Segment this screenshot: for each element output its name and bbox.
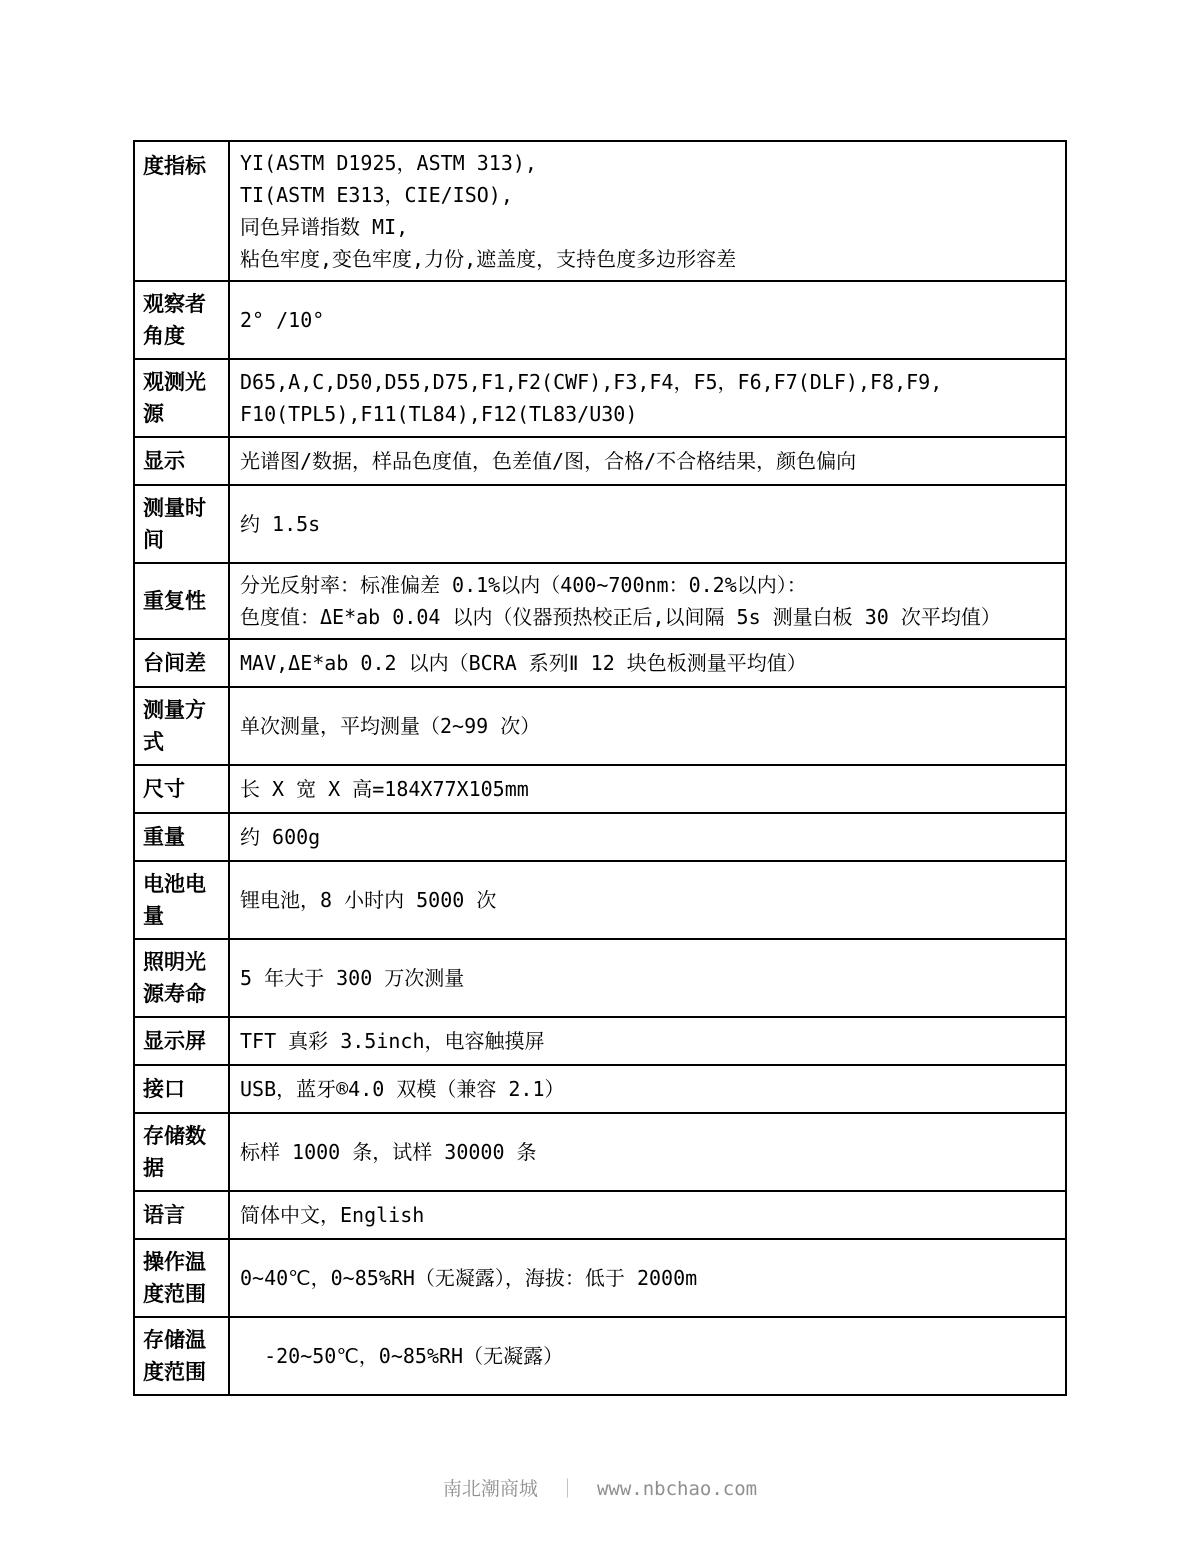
spec-label-cell: 观察者角度 [135, 282, 230, 358]
spec-value-cell: 光谱图/数据，样品色度值，色差值/图，合格/不合格结果，颜色偏向 [230, 438, 1065, 484]
table-row: 重复性 分光反射率：标准偏差 0.1%以内（400~700nm：0.2%以内）：… [135, 562, 1065, 638]
spec-value-cell: 锂电池，8 小时内 5000 次 [230, 862, 1065, 938]
table-row: 照明光源寿命 5 年大于 300 万次测量 [135, 938, 1065, 1016]
page-footer: 南北潮商城｜www.nbchao.com [0, 1476, 1200, 1502]
spec-label-cell: 存储数据 [135, 1114, 230, 1190]
spec-value-cell: D65,A,C,D50,D55,D75,F1,F2(CWF),F3,F4，F5，… [230, 360, 1065, 436]
spec-value-cell: MAV,ΔE*ab 0.2 以内（BCRA 系列Ⅱ 12 块色板测量平均值） [230, 640, 1065, 686]
table-row: 存储数据 标样 1000 条，试样 30000 条 [135, 1112, 1065, 1190]
table-row: 观察者角度 2° /10° [135, 280, 1065, 358]
spec-value-cell: 标样 1000 条，试样 30000 条 [230, 1114, 1065, 1190]
footer-url: www.nbchao.com [597, 1478, 757, 1500]
table-row: 观测光源 D65,A,C,D50,D55,D75,F1,F2(CWF),F3,F… [135, 358, 1065, 436]
spec-table: 度指标 YI(ASTM D1925，ASTM 313), TI(ASTM E31… [133, 140, 1067, 1396]
spec-value-cell: 约 600g [230, 814, 1065, 860]
spec-value-cell: 2° /10° [230, 282, 1065, 358]
spec-label-cell: 测量时间 [135, 486, 230, 562]
spec-label-cell: 重量 [135, 814, 230, 860]
spec-value-cell: USB，蓝牙®4.0 双模（兼容 2.1） [230, 1066, 1065, 1112]
table-row: 台间差 MAV,ΔE*ab 0.2 以内（BCRA 系列Ⅱ 12 块色板测量平均… [135, 638, 1065, 686]
spec-label-cell: 接口 [135, 1066, 230, 1112]
spec-label-cell: 测量方式 [135, 688, 230, 764]
table-row: 尺寸 长 X 宽 X 高=184X77X105mm [135, 764, 1065, 812]
table-row: 操作温度范围 0~40℃，0~85%RH（无凝露），海拔：低于 2000m [135, 1238, 1065, 1316]
table-row: 测量时间 约 1.5s [135, 484, 1065, 562]
spec-label-cell: 语言 [135, 1192, 230, 1238]
table-row: 测量方式 单次测量，平均测量（2~99 次） [135, 686, 1065, 764]
spec-value-cell: 0~40℃，0~85%RH（无凝露），海拔：低于 2000m [230, 1240, 1065, 1316]
spec-value-cell: TFT 真彩 3.5inch，电容触摸屏 [230, 1018, 1065, 1064]
spec-label-cell: 存储温度范围 [135, 1318, 230, 1394]
spec-label-cell: 观测光源 [135, 360, 230, 436]
spec-value-cell: 约 1.5s [230, 486, 1065, 562]
spec-label-cell: 尺寸 [135, 766, 230, 812]
table-row: 语言 简体中文，English [135, 1190, 1065, 1238]
spec-label-cell: 度指标 [135, 142, 230, 280]
spec-label-cell: 显示屏 [135, 1018, 230, 1064]
table-row: 显示屏 TFT 真彩 3.5inch，电容触摸屏 [135, 1016, 1065, 1064]
spec-value-cell: -20~50℃，0~85%RH（无凝露） [230, 1318, 1065, 1394]
spec-label-cell: 台间差 [135, 640, 230, 686]
spec-value-cell: 简体中文，English [230, 1192, 1065, 1238]
table-row: 重量 约 600g [135, 812, 1065, 860]
spec-value-cell: 长 X 宽 X 高=184X77X105mm [230, 766, 1065, 812]
spec-label-cell: 显示 [135, 438, 230, 484]
spec-label-cell: 操作温度范围 [135, 1240, 230, 1316]
table-row: 接口 USB，蓝牙®4.0 双模（兼容 2.1） [135, 1064, 1065, 1112]
spec-label-cell: 重复性 [135, 564, 230, 638]
spec-value-cell: 单次测量，平均测量（2~99 次） [230, 688, 1065, 764]
spec-value-cell: YI(ASTM D1925，ASTM 313), TI(ASTM E313，CI… [230, 142, 1065, 280]
spec-label-cell: 电池电量 [135, 862, 230, 938]
spec-label-cell: 照明光源寿命 [135, 940, 230, 1016]
footer-separator: ｜ [558, 1478, 577, 1500]
table-row: 显示 光谱图/数据，样品色度值，色差值/图，合格/不合格结果，颜色偏向 [135, 436, 1065, 484]
table-row: 存储温度范围 -20~50℃，0~85%RH（无凝露） [135, 1316, 1065, 1394]
spec-value-cell: 分光反射率：标准偏差 0.1%以内（400~700nm：0.2%以内）： 色度值… [230, 564, 1065, 638]
table-row: 电池电量 锂电池，8 小时内 5000 次 [135, 860, 1065, 938]
footer-brand: 南北潮商城 [443, 1478, 538, 1500]
table-row: 度指标 YI(ASTM D1925，ASTM 313), TI(ASTM E31… [135, 142, 1065, 280]
spec-value-cell: 5 年大于 300 万次测量 [230, 940, 1065, 1016]
